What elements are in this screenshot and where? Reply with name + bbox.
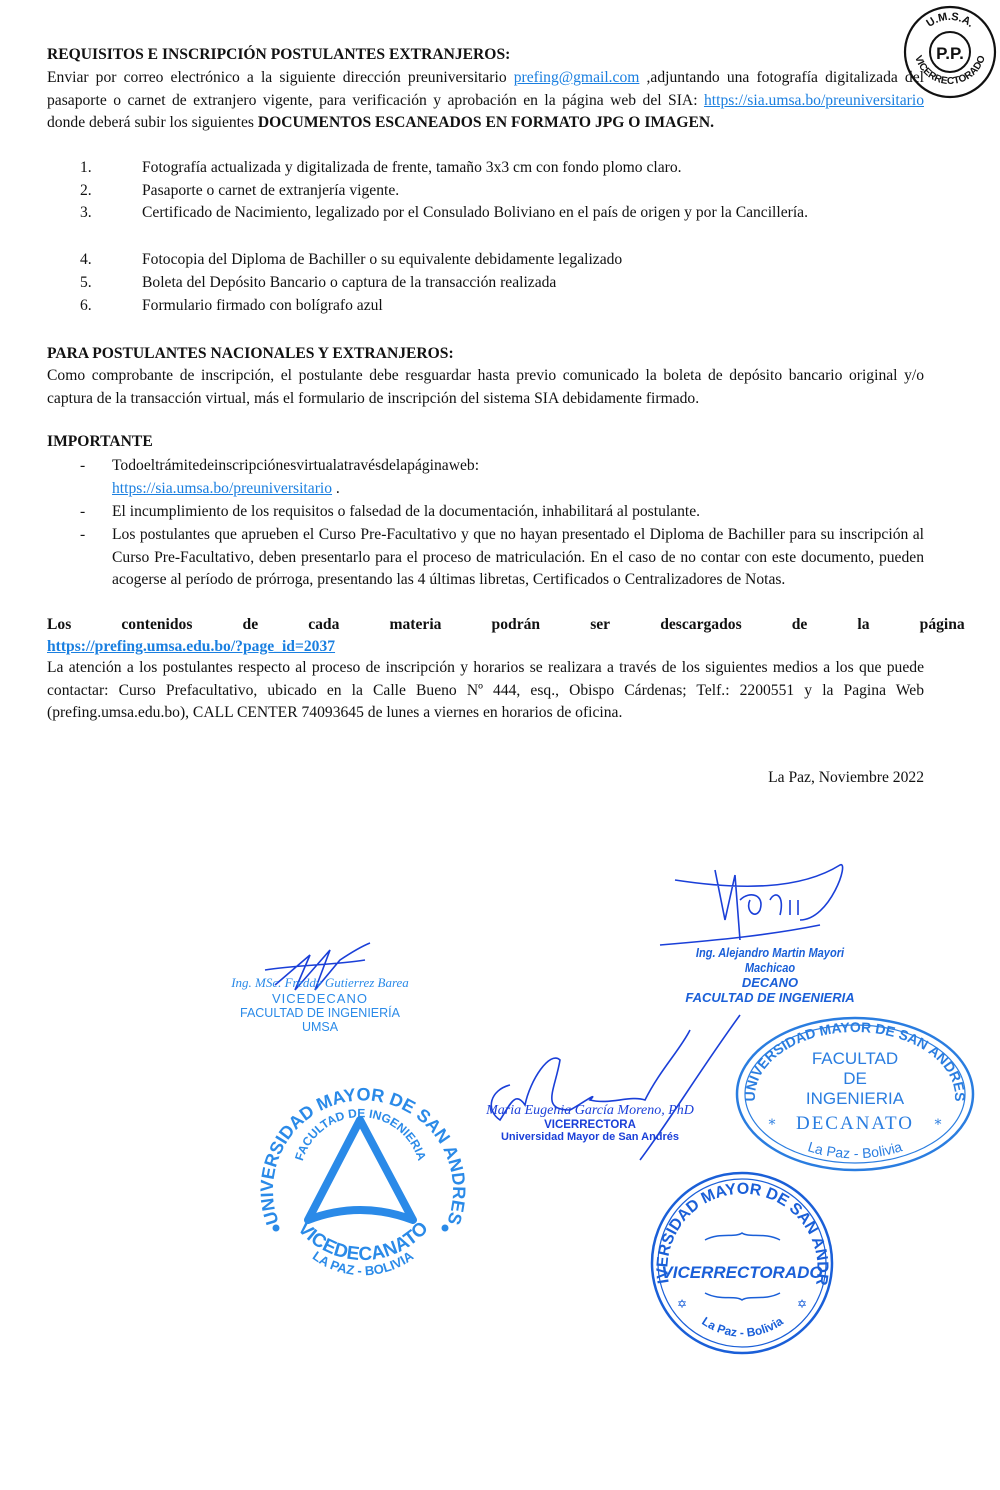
email-link[interactable]: prefing@gmail.com bbox=[514, 69, 640, 86]
svg-text:P.P.: P.P. bbox=[936, 44, 964, 63]
section-heading-all: PARA POSTULANTES NACIONALES Y EXTRANJERO… bbox=[47, 343, 924, 366]
section-intro-foreign: Enviar por correo electrónico a la sigui… bbox=[47, 67, 924, 135]
svg-text:VICERRECTORADO: VICERRECTORADO bbox=[661, 1263, 822, 1282]
prefing-link[interactable]: https://prefing.umsa.edu.bo/?page_id=203… bbox=[47, 638, 335, 655]
svg-text:*: * bbox=[769, 1117, 776, 1133]
svg-text:DECANATO: DECANATO bbox=[796, 1113, 914, 1134]
sia-link-2[interactable]: https://sia.umsa.bo/preuniversitario bbox=[112, 480, 332, 497]
vicedecanato-stamp: UNIVERSIDAD MAYOR DE SAN ANDRES FACULTAD… bbox=[248, 1070, 473, 1285]
contents-note: Loscontenidosdecadamateriapodránserdesca… bbox=[47, 614, 1000, 637]
svg-text:UNIVERSIDAD MAYOR DE SAN ANDRE: UNIVERSIDAD MAYOR DE SAN ANDRES bbox=[257, 1084, 469, 1227]
decanato-stamp: UNIVERSIDAD MAYOR DE SAN ANDRES FACULTAD… bbox=[730, 1012, 980, 1177]
vicerrectora-signature-block: Maria Eugenia García Moreno, PhD VICERRE… bbox=[475, 1103, 705, 1143]
svg-text:✡: ✡ bbox=[797, 1297, 807, 1311]
svg-text:✡: ✡ bbox=[677, 1297, 687, 1311]
vicerrectorado-stamp: UNIVERSIDAD MAYOR DE SAN ANDRES VICERREC… bbox=[645, 1168, 840, 1358]
pp-stamp: U.M.S.A. VICERRECTORADO P.P. bbox=[902, 4, 998, 100]
svg-text:INGENIERIA: INGENIERIA bbox=[806, 1089, 905, 1108]
section-heading-foreign: REQUISITOS E INSCRIPCIÓN POSTULANTES EXT… bbox=[47, 44, 924, 67]
vicedecano-signature-block: Ing. MSc. Freddy Gutierrez Barea VICEDEC… bbox=[215, 975, 425, 1034]
svg-text:U.M.S.A.: U.M.S.A. bbox=[924, 11, 976, 30]
decano-signature-scribble bbox=[600, 850, 860, 960]
section-body-all: Como comprobante de inscripción, el post… bbox=[47, 365, 924, 410]
svg-text:FACULTAD: FACULTAD bbox=[812, 1049, 898, 1068]
place-date: La Paz, Noviembre 2022 bbox=[47, 767, 924, 790]
svg-text:*: * bbox=[935, 1117, 942, 1133]
decano-signature-block: Ing. Alejandro Martin Mayori Machicao DE… bbox=[660, 945, 880, 1005]
svg-text:La Paz - Bolivia: La Paz - Bolivia bbox=[699, 1314, 785, 1340]
sia-link[interactable]: https://sia.umsa.bo/preuniversitario bbox=[704, 92, 924, 109]
svg-text:La Paz - Bolivia: La Paz - Bolivia bbox=[806, 1138, 904, 1161]
attention-paragraph: La atención a los postulantes respecto a… bbox=[47, 657, 924, 725]
vicerrectora-signature-scribble bbox=[470, 1010, 750, 1170]
important-heading: IMPORTANTE bbox=[47, 431, 924, 454]
svg-text:DE: DE bbox=[843, 1069, 867, 1088]
document-page: REQUISITOS E INSCRIPCIÓN POSTULANTES EXT… bbox=[0, 0, 1000, 1490]
